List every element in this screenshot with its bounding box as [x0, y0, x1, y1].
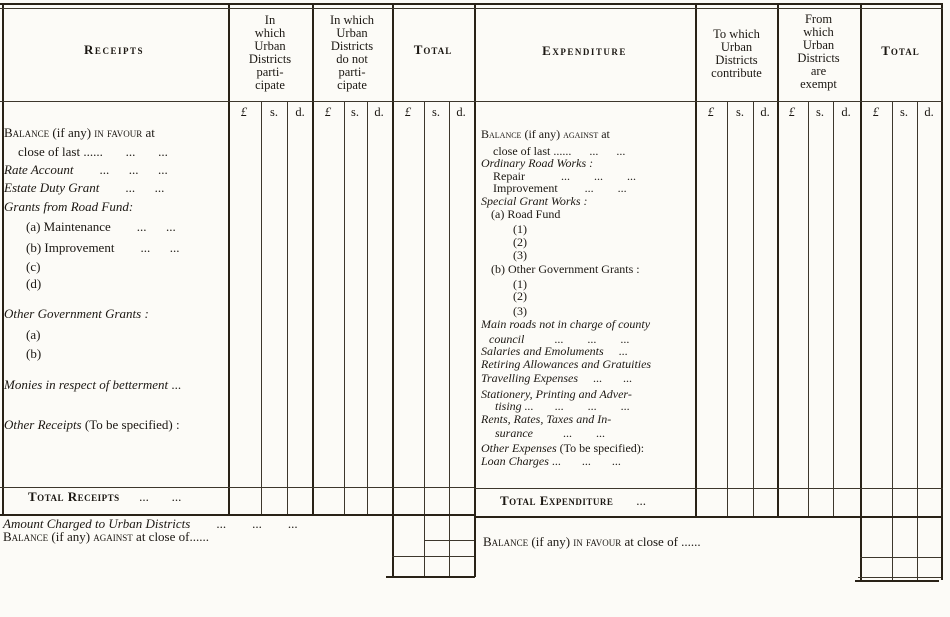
total-receipts-row: Total Receipts ... ...	[28, 489, 181, 505]
grid-line-vertical	[808, 101, 809, 517]
grid-line-vertical	[449, 101, 450, 577]
receipts-row-text: in favour	[94, 125, 142, 140]
grid-line-horizontal	[392, 556, 474, 557]
column-header-districts-not-participate: In whichUrbanDistrictsdo notparti-cipate	[312, 14, 392, 92]
receipts-row-text: (d)	[26, 276, 41, 291]
expenditure-row-text: ... ... ...	[549, 454, 621, 468]
expenditure-row-text: ... ...	[578, 371, 632, 385]
expenditure-row-text: Main roads not in charge of county	[481, 317, 650, 331]
expenditure-row-text: Balance	[481, 127, 521, 141]
expenditure-row-text: (3)	[513, 304, 527, 318]
receipts-row: Monies in respect of betterment ...	[4, 377, 228, 393]
expenditure-row-text: Special Grant Works :	[481, 194, 588, 208]
grid-line-vertical	[860, 3, 862, 580]
column-header-line: cipate	[228, 79, 312, 92]
expenditure-title: Expenditure	[474, 43, 695, 59]
column-header-line: contribute	[695, 67, 778, 80]
receipts-row-text: (a) Maintenance ... ...	[26, 219, 176, 234]
grid-line-horizontal	[0, 487, 474, 488]
grid-line-vertical	[287, 101, 288, 515]
grid-line-vertical	[917, 101, 918, 580]
receipts-row: (d)	[26, 276, 228, 292]
grid-line-horizontal	[855, 580, 939, 582]
currency-header-shillings: s.	[261, 105, 287, 120]
grid-line-vertical	[261, 101, 262, 515]
grid-line-vertical	[424, 101, 425, 577]
column-header-districts-contribute: To whichUrbanDistrictscontribute	[695, 28, 778, 80]
expenditure-row-text: Improvement ... ...	[493, 181, 627, 195]
grid-line-vertical	[344, 101, 345, 515]
grid-line-vertical	[367, 101, 368, 515]
expenditure-total-column-header: Total	[860, 43, 941, 59]
grid-line-vertical	[392, 3, 394, 577]
receipts-row-text: ...	[168, 377, 181, 392]
receipts-row-text: ... ...	[99, 180, 164, 195]
grid-line-horizontal	[858, 577, 941, 578]
column-header-districts-exempt: FromwhichUrbanDistrictsareexempt	[777, 13, 860, 91]
currency-header-shillings: s.	[891, 105, 917, 120]
expenditure-row: Other Expenses (To be specified):	[481, 442, 697, 454]
expenditure-row: (3)	[513, 249, 697, 261]
expenditure-row-text: Ordinary Road Works :	[481, 156, 593, 170]
expenditure-row-text: ... ...	[533, 426, 605, 440]
expenditure-row-text: (3)	[513, 248, 527, 262]
expenditure-row-text: (1)	[513, 222, 527, 236]
grid-line-horizontal	[474, 516, 943, 518]
receipts-row-text: Estate Duty Grant	[4, 180, 99, 195]
grid-line-horizontal	[0, 8, 943, 9]
total-expenditure-row: Total Expenditure ...	[500, 493, 646, 509]
expenditure-row: Ordinary Road Works :	[481, 157, 697, 169]
currency-header-pence: d.	[752, 105, 778, 120]
receipts-row: close of last ...... ... ...	[18, 144, 228, 160]
expenditure-row-text: (b) Other Government Grants :	[491, 262, 640, 276]
expenditure-row-text: (To be specified):	[557, 441, 644, 455]
expenditure-row: (3)	[513, 305, 697, 317]
grid-line-horizontal	[0, 101, 943, 102]
currency-header-shillings: s.	[342, 105, 368, 120]
expenditure-row-text: (2)	[513, 235, 527, 249]
total-expenditure-row-text: Total Expenditure	[500, 493, 613, 508]
receipts-row: Balance (if any) in favour at	[4, 125, 228, 141]
expenditure-row-text: against	[563, 127, 598, 141]
balance-against-row-text: at close of......	[133, 529, 209, 544]
receipts-row-text: at	[142, 125, 155, 140]
receipts-row-text: (To be specified) :	[82, 417, 180, 432]
expenditure-row: Travelling Expenses ... ...	[481, 372, 697, 384]
grid-line-vertical	[474, 3, 476, 577]
balance-against-row-text: Balance	[3, 529, 48, 544]
grid-line-vertical	[753, 101, 754, 517]
expenditure-row-text: Loan Charges	[481, 454, 549, 468]
receipts-row: (b) Improvement ... ...	[26, 240, 228, 256]
expenditure-row: Balance (if any) against at	[481, 128, 697, 140]
expenditure-row: Improvement ... ...	[493, 182, 697, 194]
balance-in-favour-row-text: in favour	[573, 534, 621, 549]
grid-line-horizontal	[386, 576, 475, 578]
total-receipts-row-text: ... ...	[120, 489, 182, 504]
receipts-row: Grants from Road Fund:	[4, 199, 228, 215]
expenditure-row: Retiring Allowances and Gratuities	[481, 358, 697, 370]
grid-line-horizontal	[860, 557, 941, 558]
currency-header-pound: £	[395, 105, 421, 120]
expenditure-row-text: ... ... ...	[534, 399, 630, 413]
receipts-total-column-header: Total	[392, 42, 474, 58]
expenditure-row: Special Grant Works :	[481, 195, 697, 207]
receipts-row-text: (if any)	[49, 125, 94, 140]
expenditure-row: tising ... ... ... ...	[495, 400, 697, 412]
currency-header-pence: d.	[916, 105, 942, 120]
expenditure-row-text: at	[598, 127, 610, 141]
receipts-row: (a)	[26, 327, 228, 343]
grid-line-vertical	[892, 101, 893, 580]
receipts-row: Other Government Grants :	[4, 306, 228, 322]
grid-line-vertical	[833, 101, 834, 517]
column-header-districts-participate: InwhichUrbanDistrictsparti-cipate	[228, 14, 312, 92]
expenditure-row: (2)	[513, 236, 697, 248]
expenditure-row: (a) Road Fund	[491, 208, 697, 220]
scanned-ledger-form: Receipts Expenditure Total Total Inwhich…	[0, 0, 950, 617]
total-receipts-row-text: Total Receipts	[28, 489, 120, 504]
balance-in-favour-row: Balance (if any) in favour at close of .…	[483, 534, 701, 550]
currency-header-pence: d.	[833, 105, 859, 120]
expenditure-row-text: Other Expenses	[481, 441, 557, 455]
grid-line-vertical	[941, 3, 943, 580]
expenditure-row-text: Travelling Expenses	[481, 371, 578, 385]
receipts-rows: Balance (if any) in favour atclose of la…	[4, 122, 228, 433]
balance-against-row-text: (if any)	[48, 529, 93, 544]
receipts-row-text: Grants from Road Fund:	[4, 199, 133, 214]
currency-header-shillings: s.	[807, 105, 833, 120]
currency-header-pence: d.	[287, 105, 313, 120]
receipts-row-text: close of last ...... ... ...	[18, 144, 168, 159]
receipts-row-text: (a)	[26, 327, 40, 342]
receipts-row: (a) Maintenance ... ...	[26, 219, 228, 235]
currency-header-pound: £	[863, 105, 889, 120]
grid-line-horizontal	[474, 488, 943, 489]
expenditure-row-text: surance	[495, 426, 533, 440]
receipts-row-text: (b)	[26, 346, 41, 361]
column-header-line: cipate	[312, 79, 392, 92]
expenditure-row-text: (if any)	[521, 127, 563, 141]
balance-in-favour-row-text: Balance	[483, 534, 528, 549]
receipts-row-text: Rate Account	[4, 162, 73, 177]
balance-against-row: Balance (if any) against at close of....…	[3, 529, 209, 545]
expenditure-row: (1)	[513, 223, 697, 235]
receipts-row-text: Other Government Grants :	[4, 306, 149, 321]
expenditure-row: Main roads not in charge of county	[481, 318, 697, 330]
receipts-row: Estate Duty Grant ... ...	[4, 180, 228, 196]
receipts-row: (c)	[26, 259, 228, 275]
expenditure-row: (2)	[513, 290, 697, 302]
currency-header-shillings: s.	[423, 105, 449, 120]
expenditure-row: surance ... ...	[495, 427, 697, 439]
expenditure-row: Salaries and Emoluments ...	[481, 345, 697, 357]
expenditure-row-text: Salaries and Emoluments	[481, 344, 604, 358]
total-expenditure-row-text: ...	[613, 493, 646, 508]
expenditure-row-text: Rents, Rates, Taxes and In-	[481, 412, 611, 426]
grid-line-horizontal	[424, 540, 474, 541]
receipts-title: Receipts	[0, 42, 228, 58]
receipts-row-text: (b) Improvement ... ...	[26, 240, 179, 255]
receipts-row-text: Other Receipts	[4, 417, 82, 432]
currency-header-pence: d.	[366, 105, 392, 120]
balance-in-favour-row-text: (if any)	[528, 534, 573, 549]
expenditure-row-text: tising ...	[495, 399, 534, 413]
receipts-row-text: (c)	[26, 259, 40, 274]
currency-header-pence: d.	[448, 105, 474, 120]
column-header-line: exempt	[777, 78, 860, 91]
receipts-row: (b)	[26, 346, 228, 362]
expenditure-row: Rents, Rates, Taxes and In-	[481, 413, 697, 425]
expenditure-row: (b) Other Government Grants :	[491, 263, 697, 275]
receipts-row-text: Balance	[4, 125, 49, 140]
expenditure-row-text: ...	[604, 344, 628, 358]
currency-header-pound: £	[698, 105, 724, 120]
balance-against-row-text: against	[93, 529, 133, 544]
currency-header-shillings: s.	[727, 105, 753, 120]
grid-line-vertical	[727, 101, 728, 517]
expenditure-row-text: (a) Road Fund	[491, 207, 560, 221]
grid-line-horizontal	[0, 3, 943, 5]
receipts-row: Rate Account ... ... ...	[4, 162, 228, 178]
receipts-row-text: ... ... ...	[73, 162, 167, 177]
expenditure-rows: Balance (if any) against atclose of last…	[481, 126, 697, 467]
receipts-row: Other Receipts (To be specified) :	[4, 417, 228, 433]
currency-header-pound: £	[779, 105, 805, 120]
expenditure-row: (1)	[513, 278, 697, 290]
expenditure-row-text: (2)	[513, 289, 527, 303]
expenditure-row: Loan Charges ... ... ...	[481, 455, 697, 467]
currency-header-pound: £	[315, 105, 341, 120]
receipts-row-text: Monies in respect of betterment	[4, 377, 168, 392]
currency-header-pound: £	[231, 105, 257, 120]
balance-in-favour-row-text: at close of ......	[621, 534, 700, 549]
expenditure-row-text: Retiring Allowances and Gratuities	[481, 357, 651, 371]
